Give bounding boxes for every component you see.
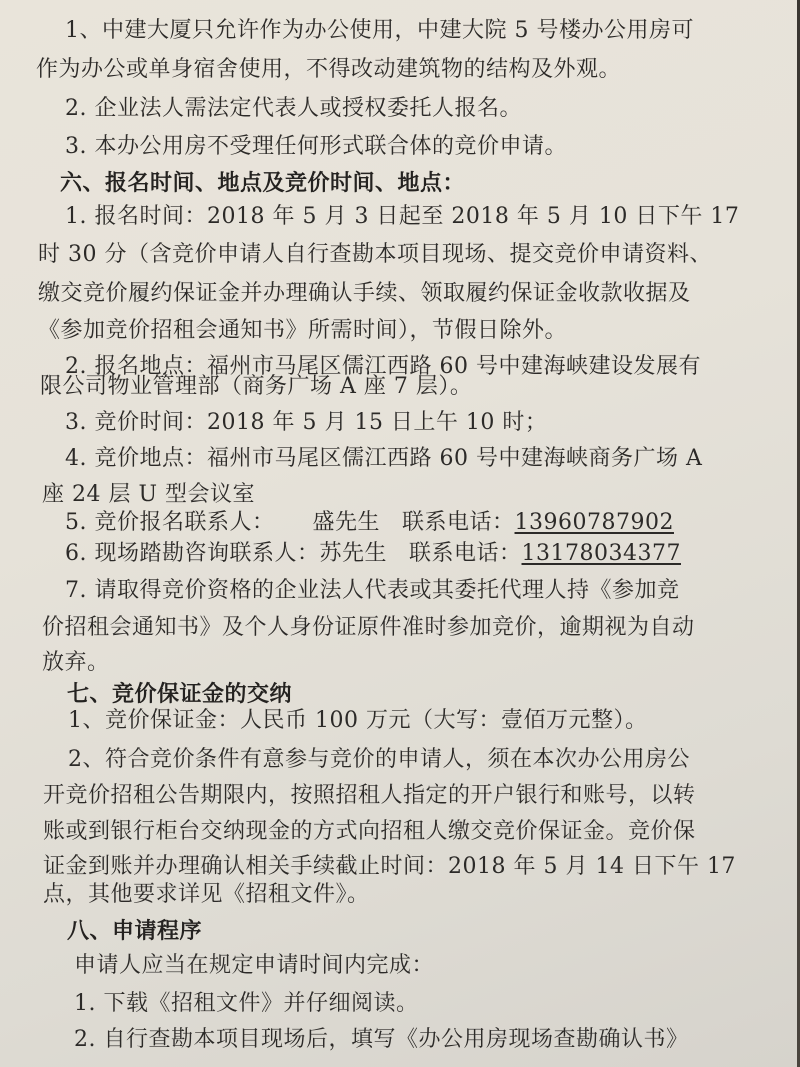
contact-label: 5. 竞价报名联系人： <box>65 510 274 535</box>
phone-label: 联系电话： <box>409 541 522 566</box>
phone-number: 13178034377 <box>522 541 681 566</box>
s7-item2-line4: 证金到账并办理确认相关手续截止时间：2018 年 5 月 14 日下午 17 <box>43 856 736 878</box>
s6-item1-line3: 缴交竞价履约保证金并办理确认手续、领取履约保证金收款收据及 <box>38 283 691 305</box>
phone-label: 联系电话： <box>402 510 515 535</box>
s8-item2: 2. 自行查勘本项目现场后，填写《办公用房现场查勘确认书》 <box>74 1029 689 1051</box>
contact-label: 6. 现场踏勘咨询联系人： <box>65 541 319 566</box>
contact-name: 苏先生 <box>319 541 387 566</box>
s6-item4-line1: 4. 竞价地点：福州市马尾区儒江西路 60 号中建海峡商务广场 A <box>65 448 702 470</box>
s6-item7-line2: 价招租会通知书》及个人身份证原件准时参加竞价，逾期视为自动 <box>42 617 695 639</box>
s8-intro: 申请人应当在规定申请时间内完成： <box>74 955 434 977</box>
s6-item5: 5. 竞价报名联系人：盛先生联系电话：13960787902 <box>65 512 674 534</box>
s5-item2: 2. 企业法人需法定代表人或授权委托人报名。 <box>65 98 522 120</box>
s7-item1: 1、竞价保证金：人民币 100 万元（大写：壹佰万元整）。 <box>68 710 647 732</box>
s7-item2-line3: 账或到银行柜台交纳现金的方式向招租人缴交竞价保证金。竞价保 <box>43 821 696 843</box>
s5-item3: 3. 本办公用房不受理任何形式联合体的竞价申请。 <box>65 136 567 158</box>
s6-item3: 3. 竞价时间：2018 年 5 月 15 日上午 10 时； <box>65 412 547 434</box>
s6-item6: 6. 现场踏勘咨询联系人：苏先生联系电话：13178034377 <box>65 543 681 565</box>
s7-item2-line2: 开竞价招租公告期限内，按照招租人指定的开户银行和账号，以转 <box>43 785 696 807</box>
s8-item1: 1. 下载《招租文件》并仔细阅读。 <box>74 993 419 1015</box>
s6-item4-line2: 座 24 层 U 型会议室 <box>42 484 255 506</box>
document-page: 1、中建大厦只允许作为办公使用，中建大院 5 号楼办公用房可 作为办公或单身宿舍… <box>0 0 797 1067</box>
s5-item1-line2: 作为办公或单身宿舍使用，不得改动建筑物的结构及外观。 <box>36 59 621 81</box>
s6-item7-line3: 放弃。 <box>42 652 110 674</box>
section-7-heading: 七、竞价保证金的交纳 <box>67 683 292 705</box>
s6-item1-line2: 时 30 分（含竞价申请人自行查勘本项目现场、提交竞价申请资料、 <box>38 244 712 266</box>
phone-number: 13960787902 <box>515 510 674 535</box>
section-6-heading: 六、报名时间、地点及竞价时间、地点： <box>60 172 465 194</box>
s7-item2-line1: 2、符合竞价条件有意参与竞价的申请人，须在本次办公用房公 <box>68 749 690 771</box>
s6-item1-line4: 《参加竞价招租会通知书》所需时间），节假日除外。 <box>38 320 567 342</box>
s5-item1-line1: 1、中建大厦只允许作为办公使用，中建大院 5 号楼办公用房可 <box>65 20 694 42</box>
s6-item7-line1: 7. 请取得竞价资格的企业法人代表或其委托代理人持《参加竞 <box>65 580 680 602</box>
s6-item2-line2: 限公司物业管理部（商务广场 A 座 7 层）。 <box>40 376 472 398</box>
section-8-heading: 八、申请程序 <box>67 920 202 942</box>
s7-item2-line5: 点，其他要求详见《招租文件》。 <box>43 884 370 906</box>
s6-item1-line1: 1. 报名时间：2018 年 5 月 3 日起至 2018 年 5 月 10 日… <box>65 206 739 228</box>
contact-name: 盛先生 <box>312 510 380 535</box>
